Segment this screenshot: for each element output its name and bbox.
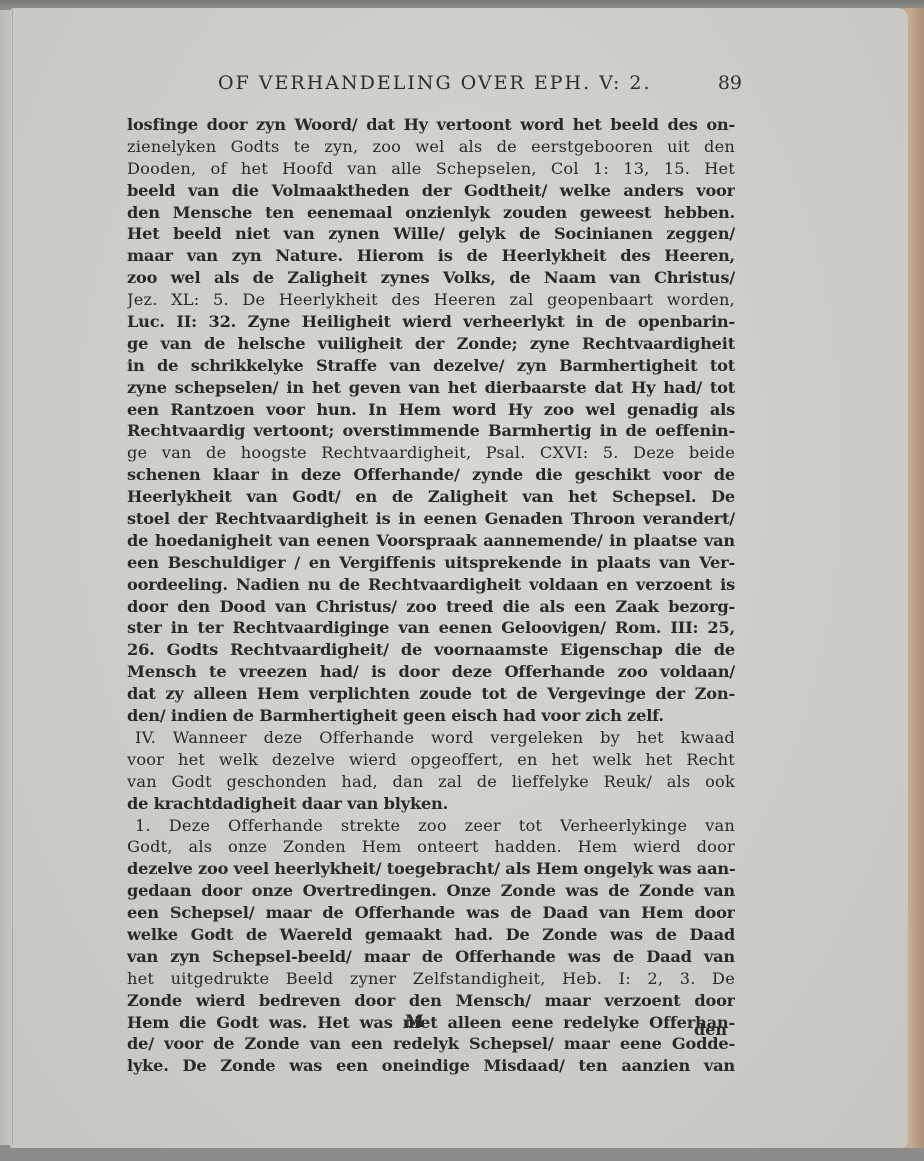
signature-mark: M	[405, 1012, 424, 1032]
text-line: Rechtvaardig vertoont; overstimmende Bar…	[127, 420, 735, 442]
text-line: lyke. De Zonde was een oneindige Misdaad…	[127, 1055, 735, 1077]
text-line: stoel der Rechtvaardigheit is in eenen G…	[127, 508, 735, 530]
text-line: zyne schepselen/ in het geven van het di…	[127, 377, 735, 399]
text-line: IV. Wanneer deze Offerhande word vergele…	[127, 727, 735, 749]
text-line: in de schrikkelyke Straffe van dezelve/ …	[127, 355, 735, 377]
text-line: Hem die Godt was. Het was niet alleen ee…	[127, 1012, 735, 1034]
text-line: zienelyken Godts te zyn, zoo wel als de …	[127, 136, 735, 158]
text-line: maar van zyn Nature. Hierom is de Heerly…	[127, 245, 735, 267]
page-number: 89	[718, 72, 742, 94]
text-line: van Godt geschonden had, dan zal de lief…	[127, 771, 735, 793]
text-line: het uitgedrukte Beeld zyner Zelfstandigh…	[127, 968, 735, 990]
text-line: ster in ter Rechtvaardiginge van eenen G…	[127, 617, 735, 639]
text-line: de/ voor de Zonde van een redelyk Scheps…	[127, 1033, 735, 1055]
text-line: Godt, als onze Zonden Hem onteert hadden…	[127, 836, 735, 858]
text-line: van zyn Schepsel-beeld/ maar de Offerhan…	[127, 946, 735, 968]
running-head-title: OF VERHANDELING OVER EPH. V: 2.	[218, 72, 652, 94]
body-text: losfinge door zyn Woord/ dat Hy vertoont…	[127, 114, 735, 1077]
text-line: dat zy alleen Hem verplichten zoude tot …	[127, 683, 735, 705]
text-line: een Schepsel/ maar de Offerhande was de …	[127, 902, 735, 924]
text-line: Het beeld niet van zynen Wille/ gelyk de…	[127, 223, 735, 245]
catchword: den	[694, 1020, 727, 1039]
text-line: Heerlykheit van Godt/ en de Zaligheit va…	[127, 486, 735, 508]
text-line: den/ indien de Barmhertigheit geen eisch…	[127, 705, 735, 727]
text-line: Luc. II: 32. Zyne Heiligheit wierd verhe…	[127, 311, 735, 333]
text-line: 1. Deze Offerhande strekte zoo zeer tot …	[127, 815, 735, 837]
text-line: een Rantzoen voor hun. In Hem word Hy zo…	[127, 399, 735, 421]
text-line: welke Godt de Waereld gemaakt had. De Zo…	[127, 924, 735, 946]
page-edge-left	[0, 10, 13, 1145]
text-line: oordeeling. Nadien nu de Rechtvaardighei…	[127, 574, 735, 596]
text-line: schenen klaar in deze Offerhande/ zynde …	[127, 464, 735, 486]
text-line: Dooden, of het Hoofd van alle Schepselen…	[127, 158, 735, 180]
text-line: Zonde wierd bedreven door den Mensch/ ma…	[127, 990, 735, 1012]
text-line: voor het welk dezelve wierd opgeoffert, …	[127, 749, 735, 771]
text-line: de krachtdadigheit daar van blyken.	[127, 793, 735, 815]
text-line: door den Dood van Christus/ zoo treed di…	[127, 596, 735, 618]
text-line: ge van de hoogste Rechtvaardigheit, Psal…	[127, 442, 735, 464]
text-line: Mensch te vreezen had/ is door deze Offe…	[127, 661, 735, 683]
text-line: Jez. XL: 5. De Heerlykheit des Heeren za…	[127, 289, 735, 311]
text-line: losfinge door zyn Woord/ dat Hy vertoont…	[127, 114, 735, 136]
running-head: OF VERHANDELING OVER EPH. V: 2. 89	[218, 72, 742, 98]
text-line: 26. Godts Rechtvaardigheit/ de voornaams…	[127, 639, 735, 661]
text-line: zoo wel als de Zaligheit zynes Volks, de…	[127, 267, 735, 289]
text-line: een Beschuldiger / en Vergiffenis uitspr…	[127, 552, 735, 574]
text-line: dezelve zoo veel heerlykheit/ toegebrach…	[127, 858, 735, 880]
text-line: den Mensche ten eenemaal onzienlyk zoude…	[127, 202, 735, 224]
text-line: beeld van die Volmaaktheden der Godtheit…	[127, 180, 735, 202]
text-line: gedaan door onze Overtredingen. Onze Zon…	[127, 880, 735, 902]
text-line: de hoedanigheit van eenen Voorspraak aan…	[127, 530, 735, 552]
text-line: ge van de helsche vuiligheit der Zonde; …	[127, 333, 735, 355]
